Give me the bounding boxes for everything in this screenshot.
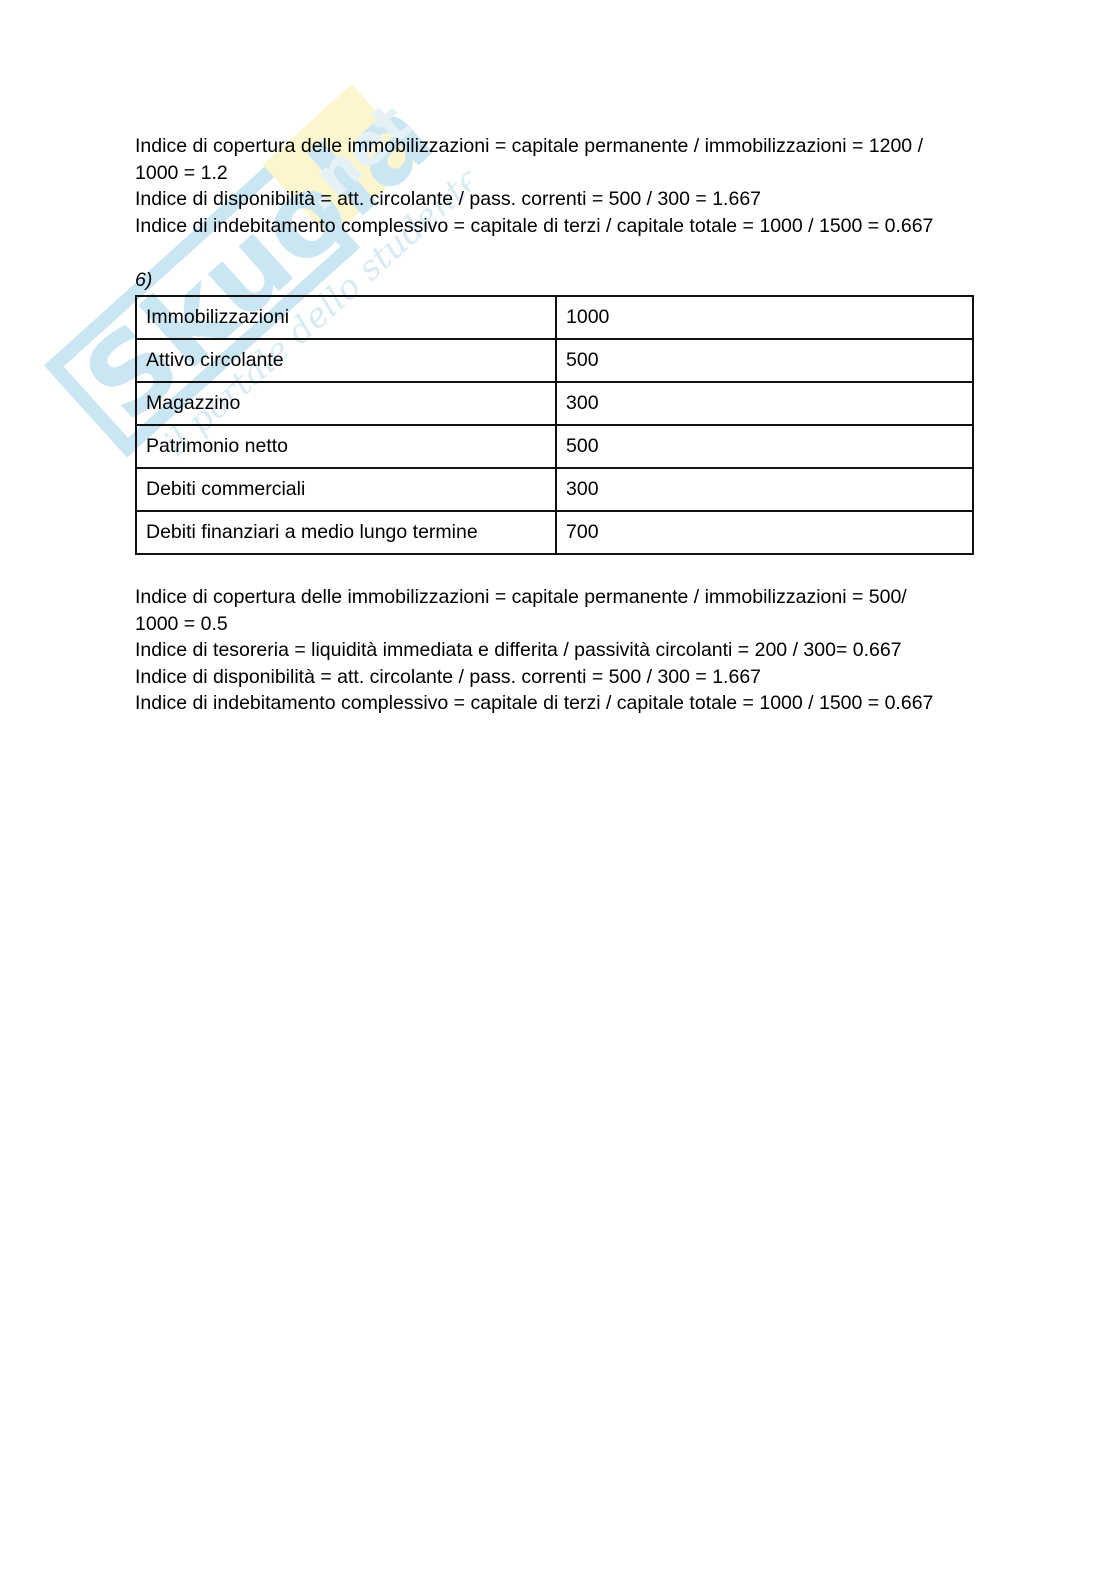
- table-cell-value: 500: [556, 425, 973, 468]
- result-line: Indice di disponibilità = att. circolant…: [135, 186, 975, 213]
- table-cell-item: Debiti finanziari a medio lungo termine: [136, 511, 556, 554]
- result-line: Indice di indebitamento complessivo = ca…: [135, 690, 975, 717]
- table-cell-item: Debiti commerciali: [136, 468, 556, 511]
- table-cell-item: Patrimonio netto: [136, 425, 556, 468]
- table-row: Debiti commerciali 300: [136, 468, 973, 511]
- section-6-results: Indice di copertura delle immobilizzazio…: [135, 584, 975, 717]
- table-row: Debiti finanziari a medio lungo termine …: [136, 511, 973, 554]
- table-cell-value: 500: [556, 339, 973, 382]
- table-row: Magazzino 300: [136, 382, 973, 425]
- table-cell-value: 700: [556, 511, 973, 554]
- table-cell-item: Immobilizzazioni: [136, 296, 556, 339]
- result-line: 1000 = 1.2: [135, 160, 975, 187]
- table-cell-value: 1000: [556, 296, 973, 339]
- table-cell-item: Attivo circolante: [136, 339, 556, 382]
- result-line: Indice di indebitamento complessivo = ca…: [135, 213, 975, 240]
- table-row: Patrimonio netto 500: [136, 425, 973, 468]
- result-line: Indice di copertura delle immobilizzazio…: [135, 584, 975, 611]
- result-line: Indice di copertura delle immobilizzazio…: [135, 133, 975, 160]
- section-6-label: 6): [135, 267, 975, 293]
- table-cell-item: Magazzino: [136, 382, 556, 425]
- table-cell-value: 300: [556, 382, 973, 425]
- result-line: Indice di disponibilità = att. circolant…: [135, 664, 975, 691]
- balance-sheet-table: Immobilizzazioni 1000 Attivo circolante …: [135, 295, 974, 555]
- table-cell-value: 300: [556, 468, 973, 511]
- table-row: Immobilizzazioni 1000: [136, 296, 973, 339]
- table-row: Attivo circolante 500: [136, 339, 973, 382]
- result-line: Indice di tesoreria = liquidità immediat…: [135, 637, 975, 664]
- document-body: Indice di copertura delle immobilizzazio…: [135, 133, 975, 717]
- section-5-results: Indice di copertura delle immobilizzazio…: [135, 133, 975, 239]
- result-line: 1000 = 0.5: [135, 611, 975, 638]
